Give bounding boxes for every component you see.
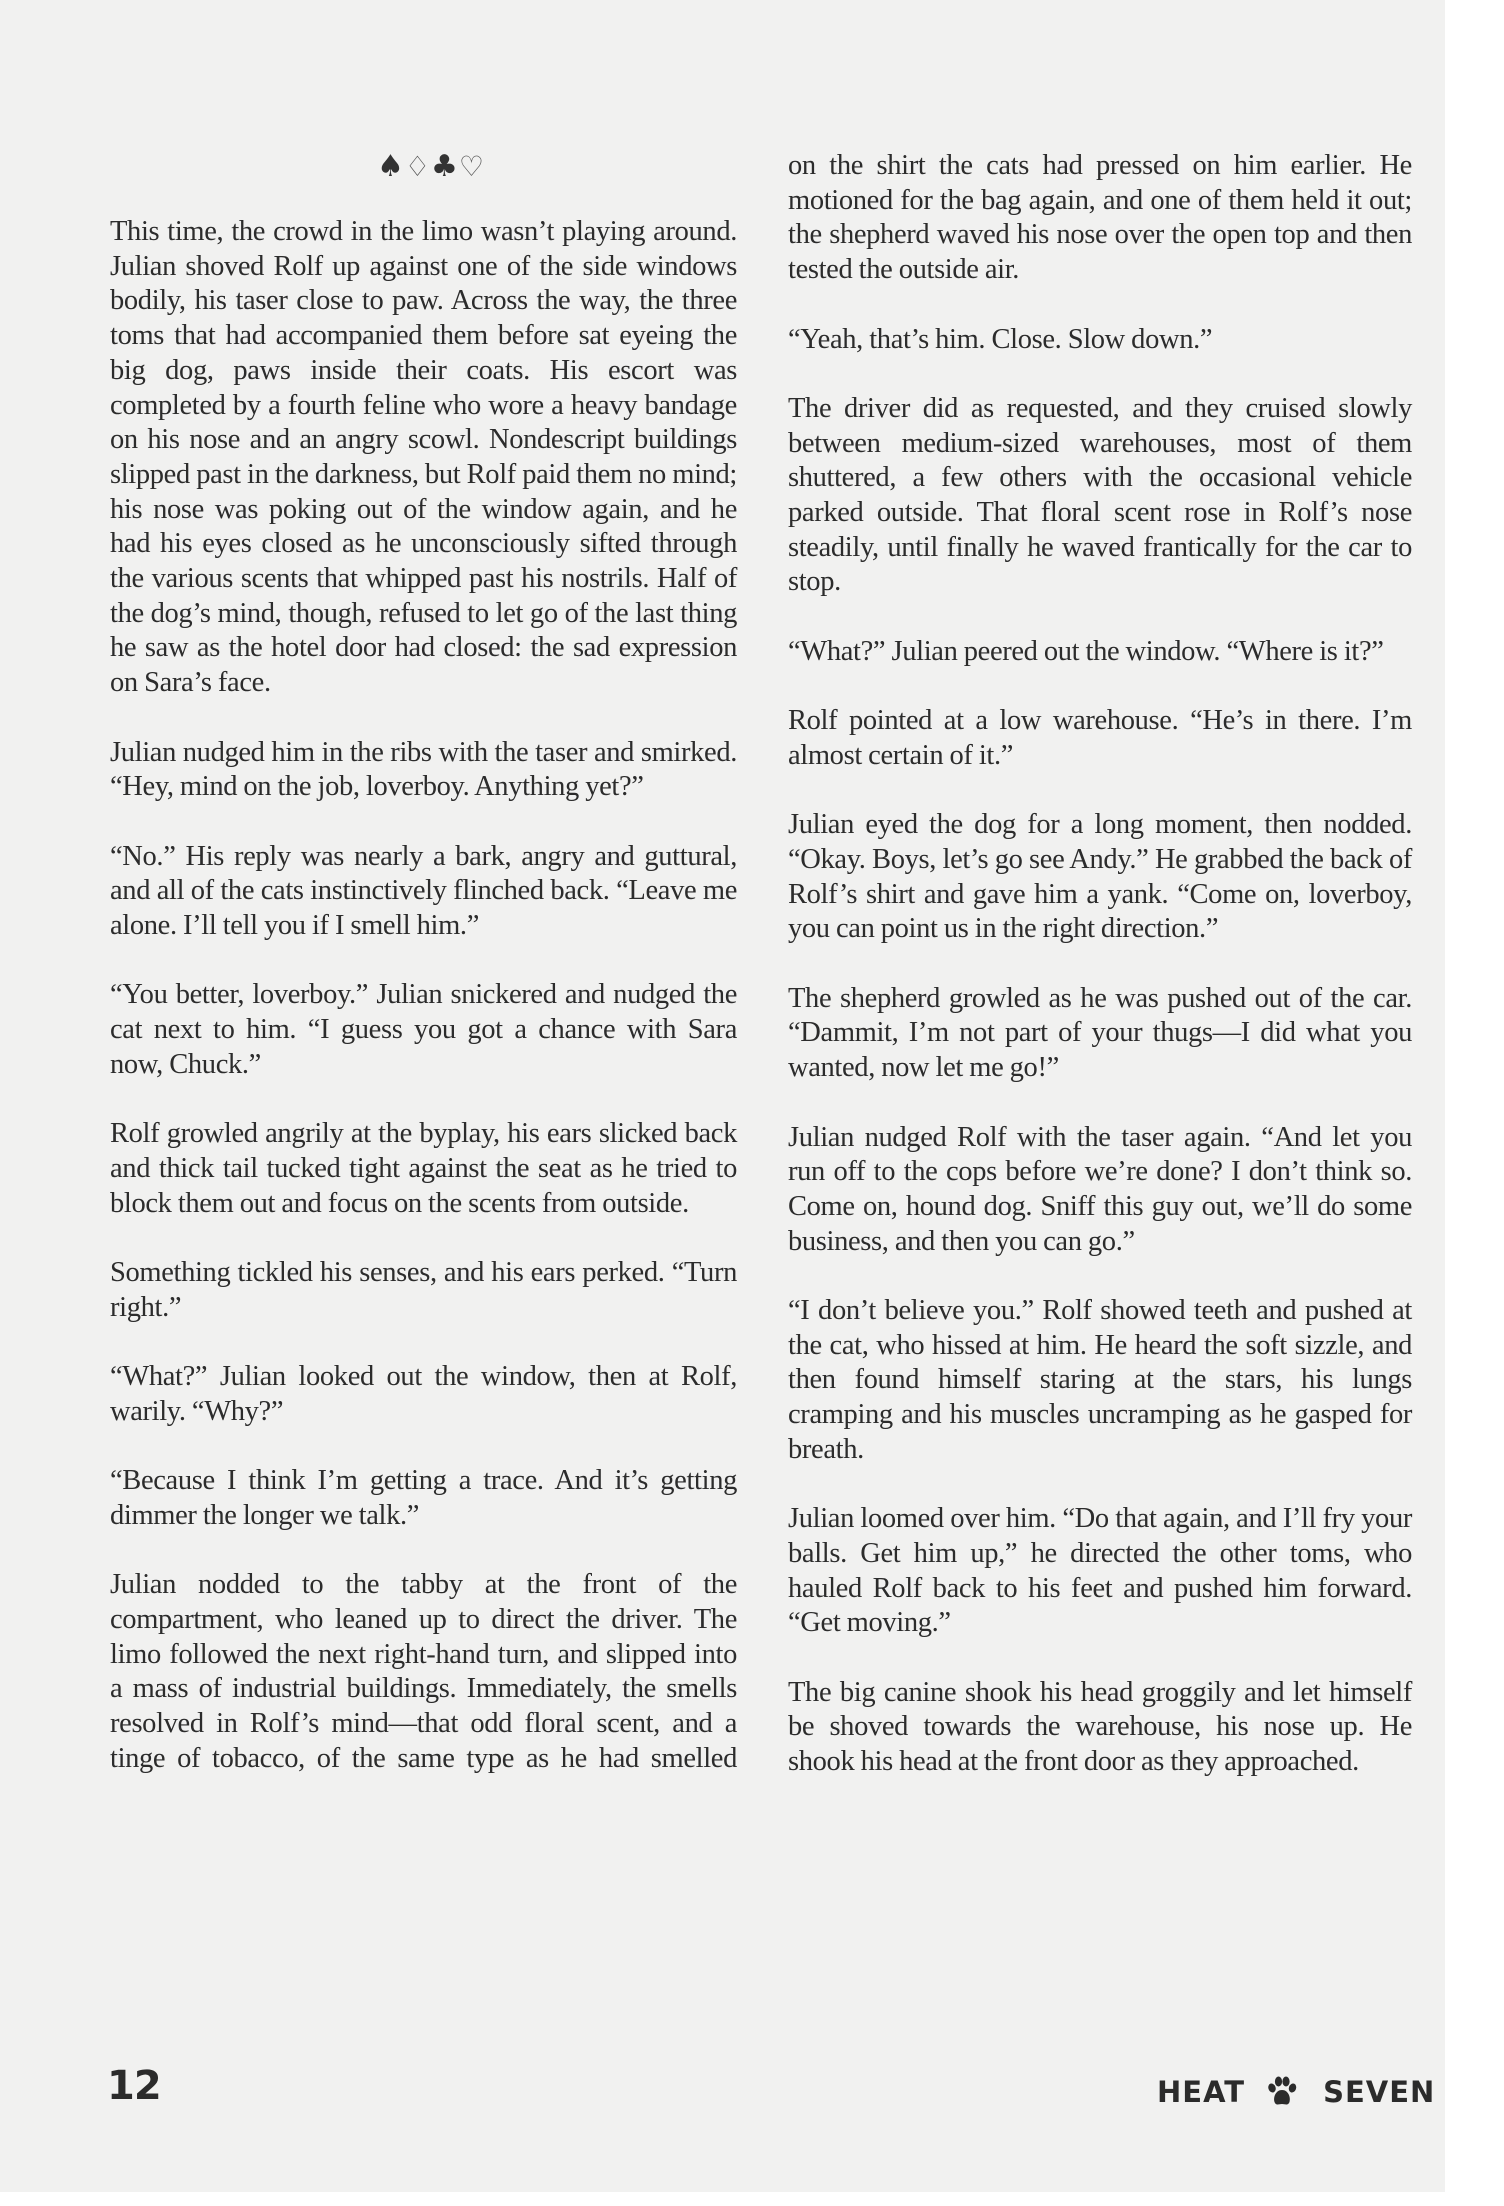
paragraph: The big canine shook his head groggily a…	[788, 1676, 1412, 1780]
paragraph: Julian nudged Rolf with the taser again.…	[788, 1121, 1412, 1260]
section-break-ornament: ♠♢♣♡	[377, 147, 485, 187]
right-text-column: on the shirt the cats had pressed on him…	[788, 149, 1412, 1780]
paragraph: This time, the crowd in the limo wasn’t …	[110, 215, 737, 701]
heart-outline-icon: ♡	[459, 147, 485, 187]
paragraph: Julian eyed the dog for a long moment, t…	[788, 808, 1412, 947]
paragraph: The shepherd growled as he was pushed ou…	[788, 982, 1412, 1086]
paragraph: Julian nudged him in the ribs with the t…	[110, 736, 737, 805]
magazine-page: ♠♢♣♡ This time, the crowd in the limo wa…	[0, 0, 1445, 2192]
brand-name-right: SEVEN	[1323, 2074, 1435, 2110]
page-number: 12	[107, 2066, 161, 2106]
brand-name-left: HEAT	[1157, 2074, 1245, 2110]
paragraph: Rolf pointed at a low warehouse. “He’s i…	[788, 704, 1412, 773]
paragraph: “Yeah, that’s him. Close. Slow down.”	[788, 323, 1412, 358]
magazine-brand: HEAT SEVEN	[1157, 2074, 1435, 2110]
club-icon: ♣	[431, 147, 459, 187]
paragraph: “Because I think I’m getting a trace. An…	[110, 1464, 737, 1533]
paragraph: on the shirt the cats had pressed on him…	[788, 149, 1412, 288]
paragraph: “I don’t believe you.” Rolf showed teeth…	[788, 1294, 1412, 1468]
paw-print-icon	[1265, 2075, 1299, 2109]
paragraph: Julian nodded to the tabby at the front …	[110, 1568, 737, 1776]
paragraph: “What?” Julian looked out the window, th…	[110, 1360, 737, 1429]
paragraph: Something tickled his senses, and his ea…	[110, 1256, 737, 1325]
paragraph: “You better, loverboy.” Julian snickered…	[110, 978, 737, 1082]
left-text-column: This time, the crowd in the limo wasn’t …	[110, 215, 737, 1777]
paragraph: “What?” Julian peered out the window. “W…	[788, 635, 1412, 670]
paragraph: The driver did as requested, and they cr…	[788, 392, 1412, 600]
spade-icon: ♠	[377, 147, 405, 187]
diamond-outline-icon: ♢	[405, 147, 431, 187]
paragraph: Rolf growled angrily at the byplay, his …	[110, 1117, 737, 1221]
paragraph: “No.” His reply was nearly a bark, angry…	[110, 840, 737, 944]
paragraph: Julian loomed over him. “Do that again, …	[788, 1502, 1412, 1641]
